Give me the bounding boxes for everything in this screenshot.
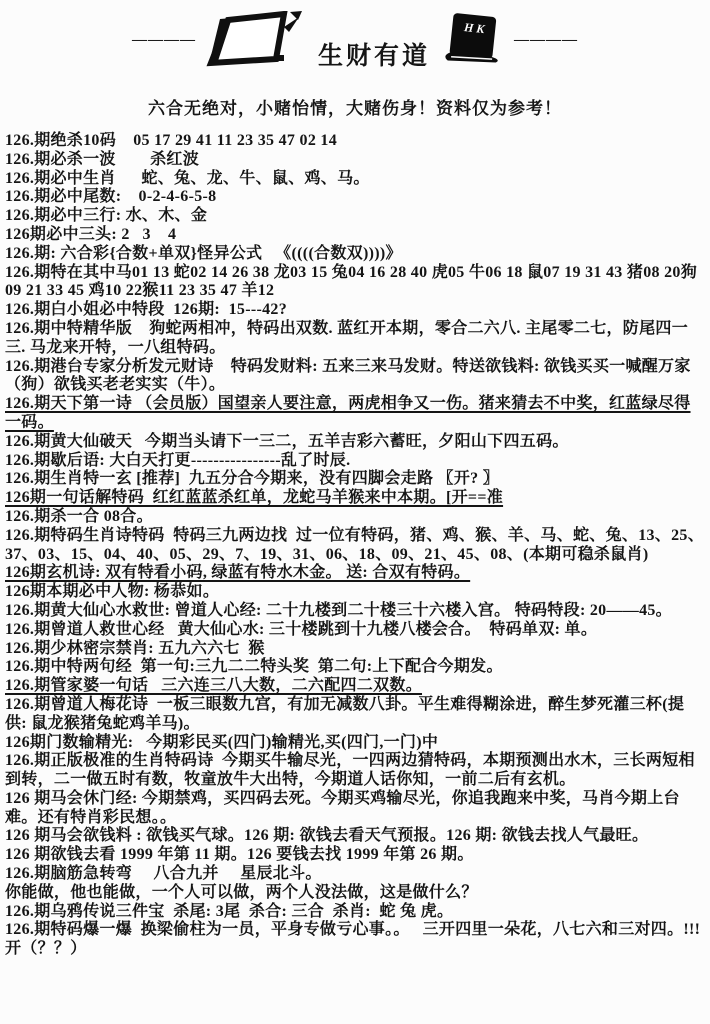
book-label: H K (462, 20, 486, 36)
tip-line: 126.期特码生肖诗特码 特码三九两边找 过一位有特码，猪、鸡、猴、羊、马、蛇、… (5, 527, 705, 565)
right-dashes: ———— (514, 32, 578, 49)
tip-line: 126.期必中三行: 水、木、金 (5, 207, 705, 226)
tip-line: 126.期少林密宗禁肖: 五九六六七 猴 (5, 640, 705, 659)
tip-line: 126.期: 六合彩{合数+单双}怪异公式 《((((合数双))))》 (5, 245, 705, 264)
tip-line: 126.期黄大仙心水救世: 曾道人心经: 二十九楼到二十楼三十六楼入宫。 特码特… (5, 602, 705, 621)
tip-line: 126期必中三头: 2 3 4 (5, 226, 705, 245)
tip-line: 126期门数输精光: 今期彩民买(四门)输精光,买(四门,一门)中 (5, 734, 705, 753)
book-icon: H K (440, 13, 506, 67)
lottery-tip-sheet: ———— 生财有道 H K ———— 六合无绝对，小赌怡 (0, 0, 710, 959)
tip-line: 126.期中特精华版 狗蛇两相冲，特码出双数. 蓝红开本期，零合二六八. 主尾零… (5, 320, 705, 358)
tip-line: 126.期必杀一波 杀红波 (5, 151, 705, 170)
masthead: ———— 生财有道 H K ———— (0, 0, 710, 72)
tip-line: 126.期港台专家分析发元财诗 特码发财料: 五来三来马发财。特送欲钱料: 欲钱… (5, 358, 705, 396)
notepad-pen-icon (204, 11, 308, 69)
tip-line: 126.期乌鸦传说三件宝 杀尾: 3尾 杀合: 三合 杀肖: 蛇 兔 虎。 (5, 903, 705, 922)
tip-line: 126.期特码爆一爆 换梁偷柱为一员，平身专做亏心事。。 三开四里一朵花，八七六… (5, 921, 705, 959)
tip-line: 126 期欲钱去看 1999 年第 11 期。126 要钱去找 1999 年第 … (5, 846, 705, 865)
tip-line: 126.期必中尾数: 0-2-4-6-5-8 (5, 188, 705, 207)
page-title: 生财有道 (318, 36, 430, 72)
tips-list: 126.期绝杀10码 05 17 29 41 11 23 35 47 02 14… (0, 132, 710, 959)
tip-line: 126.期歇后语: 大白天打更----------------乱了时辰. (5, 452, 705, 471)
tip-line: 126.期曾道人救世心经 黄大仙心水: 三十楼跳到十九楼八楼会合。 特码单双: … (5, 621, 705, 640)
tip-line: 126期玄机诗: 双有特看小码, 绿蓝有特水木金。 送: 合双有特码。 (5, 564, 705, 583)
tip-line: 126期一句话解特码 红红蓝蓝杀红单，龙蛇马羊猴来中本期。[开==准 (5, 489, 705, 508)
tip-line: 126.期白小姐必中特段 126期: 15---42? (5, 301, 705, 320)
tip-line: 126.期特在其中马01 13 蛇02 14 26 38 龙03 15 兔04 … (5, 264, 705, 302)
tip-line: 你能做，他也能做，一个人可以做，两个人没法做，这是做什么？ (5, 884, 705, 903)
tip-line: 126.期杀一合 08合。 (5, 508, 705, 527)
tip-line: 126期本期必中人物: 杨恭如。 (5, 583, 705, 602)
tip-line: 126.期中特两句经 第一句:三九二二特头奖 第二句:上下配合今期发。 (5, 658, 705, 677)
tip-line: 126 期马会欲钱料 : 欲钱买气球。126 期: 欲钱去看天气预报。126 期… (5, 827, 705, 846)
tip-line: 126.期曾道人梅花诗 一板三眼数九宫，有加无减数八卦。平生难得糊涂进，醉生梦死… (5, 696, 705, 734)
tip-line: 126.期天下第一诗 （会员版）国望亲人要注意，两虎相争又一伤。猪来猜去不中奖，… (5, 395, 705, 433)
tip-line: 126.期绝杀10码 05 17 29 41 11 23 35 47 02 14 (5, 132, 705, 151)
tip-line: 126.期管家婆一句话 三六连三八大数，二六配四二双数。 (5, 677, 705, 696)
tip-line: 126 期马会休门经: 今期禁鸡，买四码去死。今期买鸡输尽光，你追我跑来中奖，马… (5, 790, 705, 828)
tip-line: 126.期必中生肖 蛇、兔、龙、牛、鼠、鸡、马。 (5, 170, 705, 189)
tip-line: 126.期生肖特一玄 [推荐] 九五分合今期来，没有四脚会走路 〖开? 〗 (5, 470, 705, 489)
disclaimer-slogan: 六合无绝对，小赌怡情，大赌伤身！资料仅为参考！ (0, 94, 710, 119)
tip-line: 126.期正版极准的生肖特码诗 今期买牛输尽光，一四两边猜特码，本期预测出水木，… (5, 752, 705, 790)
left-dashes: ———— (132, 32, 196, 49)
tip-line: 126.期黄大仙破天 今期当头请下一三二，五羊吉彩六蓄旺，夕阳山下四五码。 (5, 433, 705, 452)
tip-line: 126.期脑筋急转弯 八合九并 星辰北斗。 (5, 865, 705, 884)
